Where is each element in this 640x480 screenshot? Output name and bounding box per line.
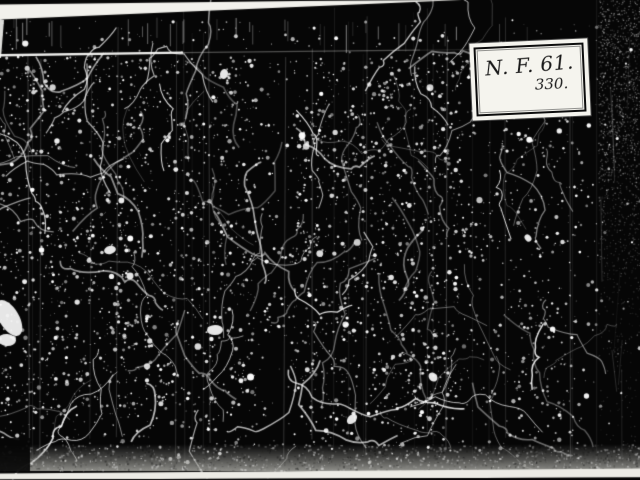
- book-cover-scan: N. F. 61. 330.: [0, 0, 640, 480]
- label-frame: N. F. 61. 330.: [473, 43, 586, 117]
- shelfmark-label: N. F. 61. 330.: [469, 38, 590, 120]
